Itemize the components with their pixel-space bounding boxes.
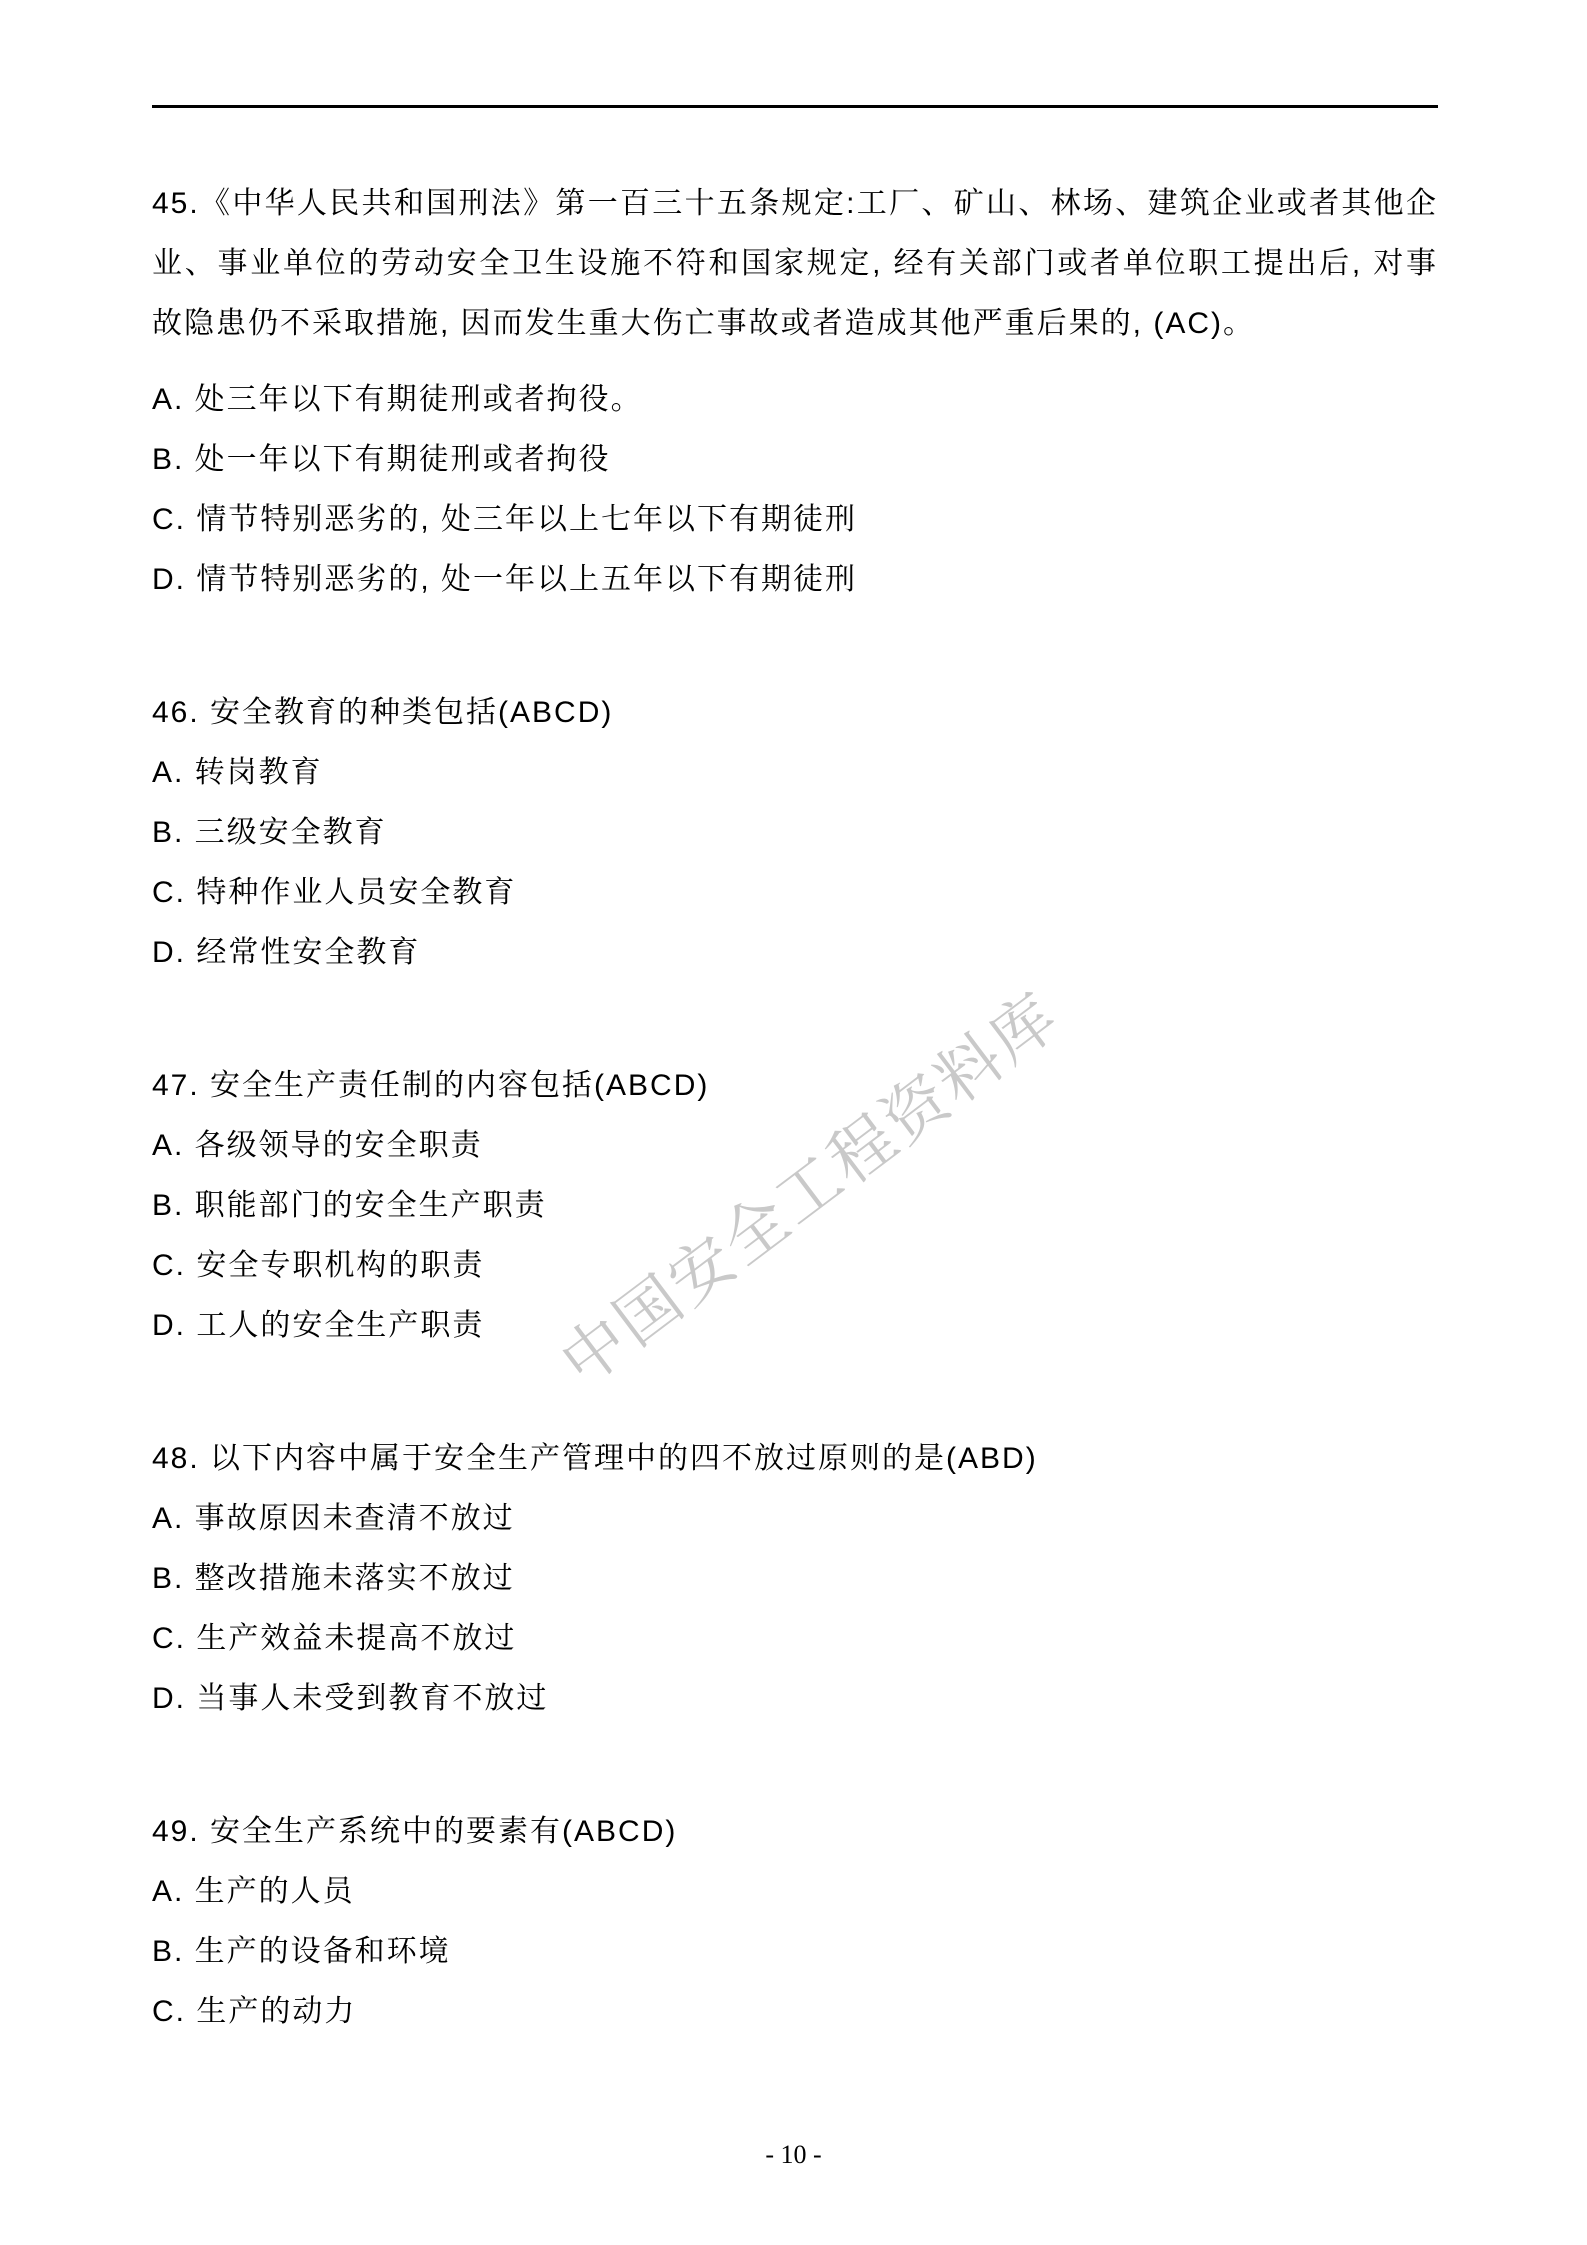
option-c: C. 特种作业人员安全教育 — [152, 863, 1438, 923]
page-number: - 10 - — [0, 2140, 1587, 2170]
question-block-45: 45.《中华人民共和国刑法》第一百三十五条规定:工厂、矿山、林场、建筑企业或者其… — [152, 174, 1438, 610]
option-c: C. 生产效益未提高不放过 — [152, 1609, 1438, 1669]
option-b: B. 职能部门的安全生产职责 — [152, 1176, 1438, 1236]
question-text: 47. 安全生产责任制的内容包括(ABCD) — [152, 1056, 1438, 1116]
question-block-48: 48. 以下内容中属于安全生产管理中的四不放过原则的是(ABD) A. 事故原因… — [152, 1429, 1438, 1729]
option-d: D. 情节特别恶劣的, 处一年以上五年以下有期徒刑 — [152, 550, 1438, 610]
option-b: B. 生产的设备和环境 — [152, 1922, 1438, 1982]
option-c: C. 情节特别恶劣的, 处三年以上七年以下有期徒刑 — [152, 490, 1438, 550]
option-d: D. 经常性安全教育 — [152, 923, 1438, 983]
option-d: D. 当事人未受到教育不放过 — [152, 1669, 1438, 1729]
question-block-49: 49. 安全生产系统中的要素有(ABCD) A. 生产的人员 B. 生产的设备和… — [152, 1802, 1438, 2042]
option-d: D. 工人的安全生产职责 — [152, 1296, 1438, 1356]
document-page: 中国安全工程资料库 45.《中华人民共和国刑法》第一百三十五条规定:工厂、矿山、… — [0, 0, 1587, 2245]
option-a: A. 处三年以下有期徒刑或者拘役。 — [152, 370, 1438, 430]
option-a: A. 转岗教育 — [152, 743, 1438, 803]
option-b: B. 处一年以下有期徒刑或者拘役 — [152, 430, 1438, 490]
option-a: A. 各级领导的安全职责 — [152, 1116, 1438, 1176]
question-text: 46. 安全教育的种类包括(ABCD) — [152, 683, 1438, 743]
option-c: C. 安全专职机构的职责 — [152, 1236, 1438, 1296]
question-block-46: 46. 安全教育的种类包括(ABCD) A. 转岗教育 B. 三级安全教育 C.… — [152, 683, 1438, 983]
question-block-47: 47. 安全生产责任制的内容包括(ABCD) A. 各级领导的安全职责 B. 职… — [152, 1056, 1438, 1356]
header-rule — [152, 105, 1438, 108]
option-c: C. 生产的动力 — [152, 1982, 1438, 2042]
option-b: B. 三级安全教育 — [152, 803, 1438, 863]
option-a: A. 生产的人员 — [152, 1862, 1438, 1922]
question-text: 45.《中华人民共和国刑法》第一百三十五条规定:工厂、矿山、林场、建筑企业或者其… — [152, 174, 1438, 354]
question-text: 49. 安全生产系统中的要素有(ABCD) — [152, 1802, 1438, 1862]
page-content: 45.《中华人民共和国刑法》第一百三十五条规定:工厂、矿山、林场、建筑企业或者其… — [152, 174, 1438, 2115]
question-text: 48. 以下内容中属于安全生产管理中的四不放过原则的是(ABD) — [152, 1429, 1438, 1489]
option-b: B. 整改措施未落实不放过 — [152, 1549, 1438, 1609]
option-a: A. 事故原因未查清不放过 — [152, 1489, 1438, 1549]
